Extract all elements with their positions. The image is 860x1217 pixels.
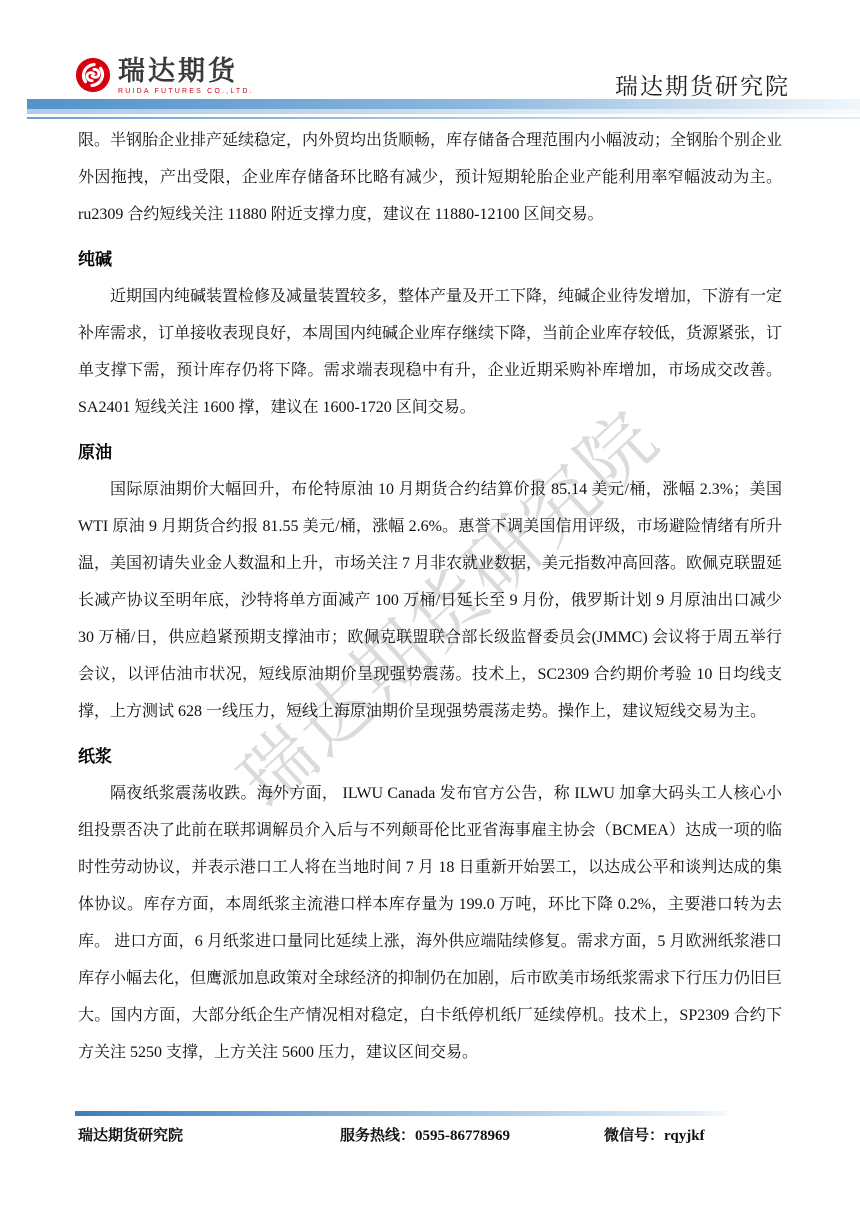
footer-wechat-id: 微信号：rqyjkf bbox=[604, 1124, 705, 1145]
document-page: 瑞达期货研究院 瑞达期货 RUIDA FUTURES CO.,LTD. 瑞达期货… bbox=[0, 0, 860, 1217]
section-heading-crude-oil: 原油 bbox=[78, 441, 782, 464]
logo-company-subtitle: RUIDA FUTURES CO.,LTD. bbox=[118, 88, 254, 95]
paragraph-tire-continuation: 限。半钢胎企业排产延续稳定，内外贸均出货顺畅，库存储备合理范围内小幅波动；全钢胎… bbox=[78, 122, 782, 233]
ruida-logo-icon bbox=[74, 56, 112, 94]
header-divider-bar bbox=[27, 99, 860, 109]
header-institute-title: 瑞达期货研究院 bbox=[615, 68, 790, 101]
footer-divider-bar bbox=[75, 1111, 727, 1116]
section-heading-soda-ash: 纯碱 bbox=[78, 248, 782, 271]
page-footer: 瑞达期货研究院 服务热线：0595-86778969 微信号：rqyjkf bbox=[78, 1124, 782, 1148]
logo-company-name: 瑞达期货 bbox=[118, 56, 254, 86]
company-logo: 瑞达期货 RUIDA FUTURES CO.,LTD. bbox=[74, 56, 254, 95]
section-heading-pulp: 纸浆 bbox=[78, 745, 782, 768]
header-divider-bar-light bbox=[27, 109, 860, 114]
logo-text-block: 瑞达期货 RUIDA FUTURES CO.,LTD. bbox=[118, 56, 254, 95]
paragraph-crude-oil: 国际原油期价大幅回升，布伦特原油 10 月期货合约结算价报 85.14 美元/桶… bbox=[78, 471, 782, 730]
footer-institute: 瑞达期货研究院 bbox=[78, 1124, 183, 1145]
report-body: 限。半钢胎企业排产延续稳定，内外贸均出货顺畅，库存储备合理范围内小幅波动；全钢胎… bbox=[78, 122, 782, 1071]
header-divider-line bbox=[27, 117, 860, 119]
paragraph-pulp: 隔夜纸浆震荡收跌。海外方面， ILWU Canada 发布官方公告，称 ILWU… bbox=[78, 775, 782, 1071]
paragraph-soda-ash: 近期国内纯碱装置检修及减量装置较多，整体产量及开工下降，纯碱企业待发增加，下游有… bbox=[78, 278, 782, 426]
footer-hotline: 服务热线：0595-86778969 bbox=[340, 1124, 510, 1145]
